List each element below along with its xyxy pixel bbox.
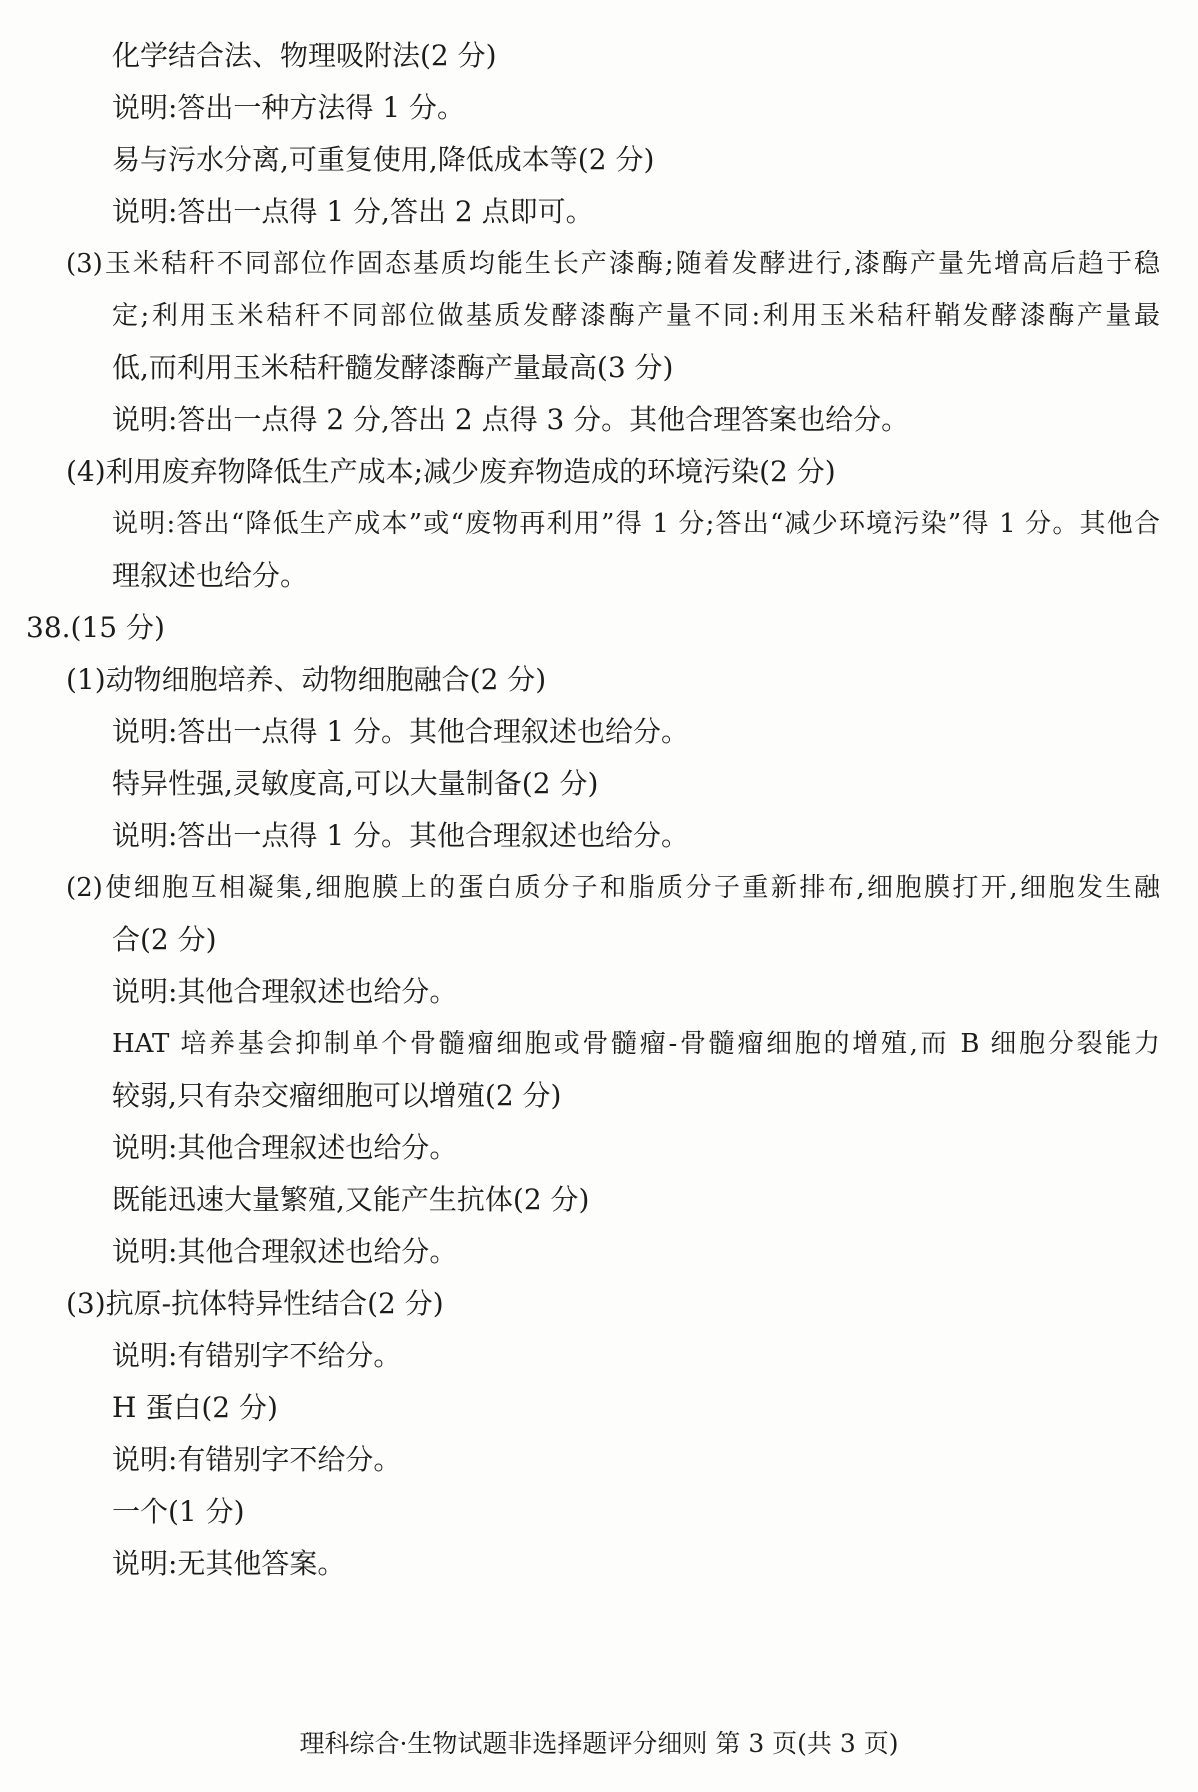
doc-line: 说明:答出一点得 1 分。其他合理叙述也给分。 bbox=[0, 810, 1198, 862]
doc-line: (1)动物细胞培养、动物细胞融合(2 分) bbox=[0, 654, 1198, 706]
doc-line: 低,而利用玉米秸秆髓发酵漆酶产量最高(3 分) bbox=[0, 342, 1198, 394]
doc-line: (4)利用废弃物降低生产成本;减少废弃物造成的环境污染(2 分) bbox=[0, 446, 1198, 498]
doc-line: 说明:答出一种方法得 1 分。 bbox=[0, 82, 1198, 134]
doc-line: 说明:答出一点得 1 分,答出 2 点即可。 bbox=[0, 186, 1198, 238]
doc-line: 38.(15 分) bbox=[0, 602, 1198, 654]
doc-line: 定;利用玉米秸秆不同部位做基质发酵漆酶产量不同:利用玉米秸秆鞘发酵漆酶产量最 bbox=[0, 290, 1160, 342]
doc-line: 说明:其他合理叙述也给分。 bbox=[0, 966, 1198, 1018]
doc-line: 说明:无其他答案。 bbox=[0, 1538, 1198, 1590]
doc-line: 合(2 分) bbox=[0, 914, 1198, 966]
doc-line: 一个(1 分) bbox=[0, 1486, 1198, 1538]
doc-line: 理叙述也给分。 bbox=[0, 550, 1198, 602]
document-page: 化学结合法、物理吸附法(2 分) 说明:答出一种方法得 1 分。 易与污水分离,… bbox=[0, 0, 1198, 1792]
doc-line: HAT 培养基会抑制单个骨髓瘤细胞或骨髓瘤-骨髓瘤细胞的增殖,而 B 细胞分裂能… bbox=[0, 1018, 1160, 1070]
doc-line: H 蛋白(2 分) bbox=[0, 1382, 1198, 1434]
doc-line: 易与污水分离,可重复使用,降低成本等(2 分) bbox=[0, 134, 1198, 186]
doc-line: 说明:答出一点得 2 分,答出 2 点得 3 分。其他合理答案也给分。 bbox=[0, 394, 1198, 446]
answer-key-body: 化学结合法、物理吸附法(2 分) 说明:答出一种方法得 1 分。 易与污水分离,… bbox=[0, 0, 1198, 1590]
doc-line: 说明:答出一点得 1 分。其他合理叙述也给分。 bbox=[0, 706, 1198, 758]
doc-line: (3)抗原-抗体特异性结合(2 分) bbox=[0, 1278, 1198, 1330]
doc-line: (2)使细胞互相凝集,细胞膜上的蛋白质分子和脂质分子重新排布,细胞膜打开,细胞发… bbox=[0, 862, 1160, 914]
doc-line: 说明:有错别字不给分。 bbox=[0, 1330, 1198, 1382]
doc-line: 说明:有错别字不给分。 bbox=[0, 1434, 1198, 1486]
doc-line: 既能迅速大量繁殖,又能产生抗体(2 分) bbox=[0, 1174, 1198, 1226]
doc-line: (3)玉米秸秆不同部位作固态基质均能生长产漆酶;随着发酵进行,漆酶产量先增高后趋… bbox=[0, 238, 1160, 290]
doc-line: 较弱,只有杂交瘤细胞可以增殖(2 分) bbox=[0, 1070, 1198, 1122]
doc-line: 说明:答出“降低生产成本”或“废物再利用”得 1 分;答出“减少环境污染”得 1… bbox=[0, 498, 1160, 550]
doc-line: 特异性强,灵敏度高,可以大量制备(2 分) bbox=[0, 758, 1198, 810]
doc-line: 化学结合法、物理吸附法(2 分) bbox=[0, 30, 1198, 82]
page-footer: 理科综合·生物试题非选择题评分细则 第 3 页(共 3 页) bbox=[0, 1728, 1198, 1760]
doc-line: 说明:其他合理叙述也给分。 bbox=[0, 1122, 1198, 1174]
doc-line: 说明:其他合理叙述也给分。 bbox=[0, 1226, 1198, 1278]
